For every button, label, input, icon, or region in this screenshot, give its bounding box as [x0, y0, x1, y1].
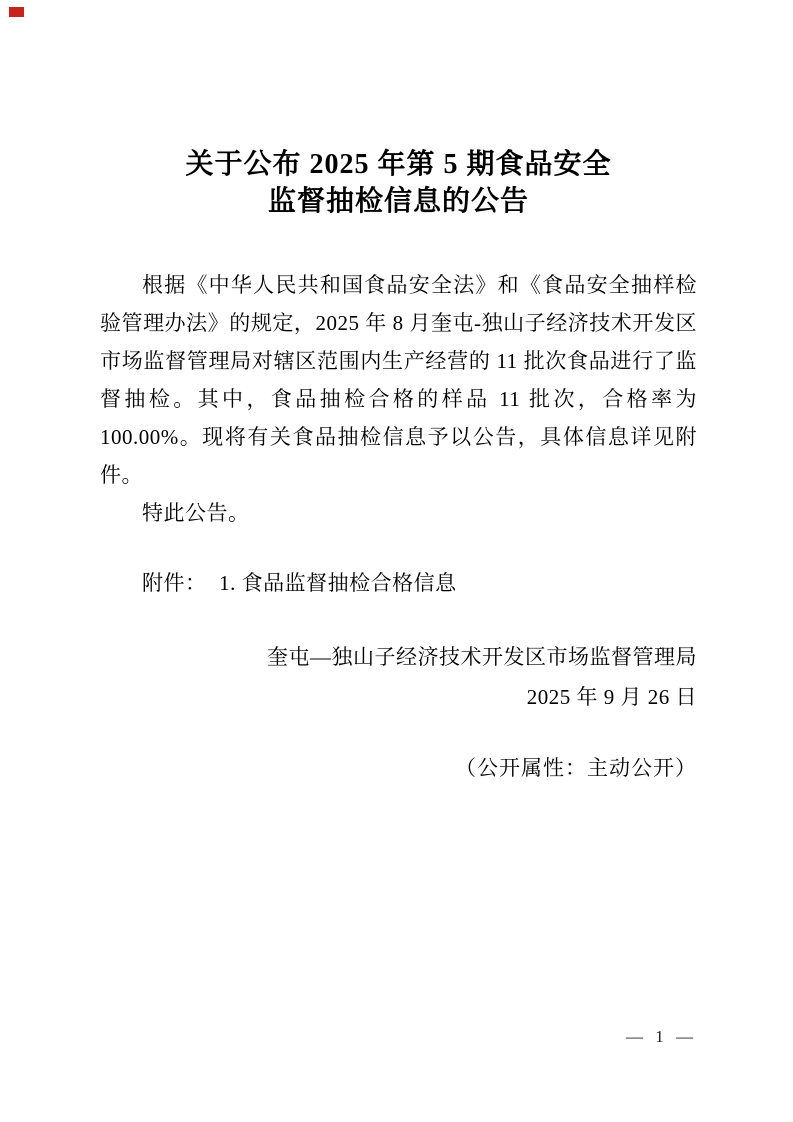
closing-line: 特此公告。	[100, 494, 697, 532]
body-paragraph: 根据《中华人民共和国食品安全法》和《食品安全抽样检验管理办法》的规定，2025 …	[100, 266, 697, 494]
document-page: 关于公布 2025 年第 5 期食品安全 监督抽检信息的公告 根据《中华人民共和…	[0, 0, 793, 1122]
red-marker	[9, 7, 24, 17]
title-line-2: 监督抽检信息的公告	[100, 183, 697, 220]
attachment-item: 1. 食品监督抽检合格信息	[219, 571, 457, 595]
document-title: 关于公布 2025 年第 5 期食品安全 监督抽检信息的公告	[100, 146, 697, 220]
attachment-label: 附件：	[142, 571, 207, 595]
issuer-name: 奎屯—独山子经济技术开发区市场监督管理局	[100, 637, 697, 677]
document-content: 关于公布 2025 年第 5 期食品安全 监督抽检信息的公告 根据《中华人民共和…	[0, 0, 793, 1047]
document-date: 2025 年 9 月 26 日	[100, 677, 697, 717]
page-number: — 1 —	[100, 1027, 697, 1047]
publicity-note: （公开属性：主动公开）	[100, 749, 697, 787]
attachment-line: 附件：1. 食品监督抽检合格信息	[100, 564, 697, 602]
title-line-1: 关于公布 2025 年第 5 期食品安全	[100, 146, 697, 183]
signature-block: 奎屯—独山子经济技术开发区市场监督管理局 2025 年 9 月 26 日	[100, 637, 697, 717]
